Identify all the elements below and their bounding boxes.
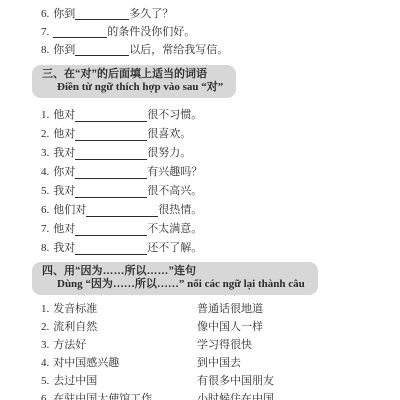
fill-in-blank: [75, 55, 129, 56]
item-text-after-blank: 有兴趣吗？: [147, 166, 202, 179]
fill-in-blank: [75, 19, 129, 20]
pair-right-phrase: 普通话很地道: [197, 303, 380, 316]
item-text-after-blank: 的条件没你们好。: [107, 26, 195, 39]
item-text-after-blank: 以后，常给我写信。: [129, 44, 228, 57]
section-3-exercise-list: 1. 他对 很不习惯。 2. 他对 很喜欢。 3. 我对 很努力。 4. 你对 …: [41, 106, 380, 258]
item-number: 1.: [41, 109, 49, 122]
item-text-before-blank: 他们对: [53, 204, 86, 217]
intro-exercise-list: 6. 你到 多久了？ 7. 的条件没你们好。 8. 你到 以后，常给我写信。: [41, 5, 380, 59]
exercise-item: 7. 他对 不太满意。: [41, 220, 380, 239]
item-number: 3.: [41, 339, 49, 352]
item-number: 3.: [41, 147, 49, 160]
section-4-title-chinese: 四、用“因为……所以……”连句: [42, 265, 305, 278]
exercise-item: 2. 他对 很喜欢。: [41, 125, 380, 144]
item-number: 4.: [41, 357, 49, 370]
pair-left-phrase: 1.发音标准: [41, 303, 197, 316]
exercise-item: 1. 他对 很不习惯。: [41, 106, 380, 125]
section-3-heading-box: 三、在“对”的后面填上适当的词语 Điền từ ngữ thích hợp v…: [32, 65, 236, 98]
exercise-item: 8. 我对 还不了解。: [41, 239, 380, 258]
item-number: 6.: [41, 8, 49, 21]
exercise-item: 4. 你对 有兴趣吗？: [41, 163, 380, 182]
item-number: 5.: [41, 375, 49, 388]
item-text-before-blank: 我对: [53, 242, 75, 255]
item-number: 8.: [41, 242, 49, 255]
item-number: 1.: [41, 303, 49, 316]
item-text-after-blank: 很喜欢。: [147, 128, 191, 141]
fill-in-blank: [75, 235, 147, 236]
exercise-item: 5. 我对 很不高兴。: [41, 182, 380, 201]
item-number: 4.: [41, 166, 49, 179]
pair-left-phrase: 5.去过中国: [41, 375, 197, 388]
item-number: 2.: [41, 128, 49, 141]
pair-left-text: 对中国感兴趣: [53, 357, 119, 370]
fill-in-blank: [75, 159, 147, 160]
pair-right-phrase: 到中国去: [197, 357, 380, 370]
item-number: 2.: [41, 321, 49, 334]
match-pair-row: 4.对中国感兴趣 到中国去: [41, 354, 380, 372]
exercise-item: 6. 你到 多久了？: [41, 5, 380, 23]
exercise-item: 6. 他们对 很热情。: [41, 201, 380, 220]
section-3-title-chinese: 三、在“对”的后面填上适当的词语: [42, 68, 223, 81]
pair-left-text: 在驻中国大使馆工作: [53, 393, 152, 400]
item-number: 6.: [41, 393, 49, 400]
pair-right-phrase: 学习得很快: [197, 339, 380, 352]
section-3-title-vietnamese: Điền từ ngữ thích hợp vào sau “对”: [42, 81, 223, 94]
pair-left-text: 方法好: [53, 339, 86, 352]
match-pair-row: 1.发音标准 普通话很地道: [41, 300, 380, 318]
item-text-before-blank: 我对: [53, 147, 75, 160]
fill-in-blank: [75, 254, 147, 255]
section-4-pair-list: 1.发音标准 普通话很地道 2.流利自然 像中国人一样 3.方法好 学习得很快 …: [41, 300, 380, 400]
exercise-item: 3. 我对 很努力。: [41, 144, 380, 163]
item-text-after-blank: 还不了解。: [147, 242, 202, 255]
pair-left-phrase: 2.流利自然: [41, 321, 197, 334]
pair-right-phrase: 像中国人一样: [197, 321, 380, 334]
item-text-before-blank: 你对: [53, 166, 75, 179]
section-4-title-vietnamese: Dùng “因为……所以……” nối các ngữ lại thành câ…: [42, 278, 305, 291]
fill-in-blank: [75, 178, 147, 179]
exercise-item: 7. 的条件没你们好。: [41, 23, 380, 41]
item-number: 8.: [41, 44, 49, 57]
item-text-after-blank: 很不习惯。: [147, 109, 202, 122]
exercise-item: 8. 你到 以后，常给我写信。: [41, 41, 380, 59]
item-number: 7.: [41, 26, 49, 39]
pair-left-text: 去过中国: [53, 375, 97, 388]
item-text-before-blank: 他对: [53, 128, 75, 141]
match-pair-row: 3.方法好 学习得很快: [41, 336, 380, 354]
item-number: 6.: [41, 204, 49, 217]
match-pair-row: 6.在驻中国大使馆工作 小时候住在中国: [41, 390, 380, 400]
item-text-after-blank: 很热情。: [158, 204, 202, 217]
pair-left-phrase: 3.方法好: [41, 339, 197, 352]
pair-left-phrase: 6.在驻中国大使馆工作: [41, 393, 197, 400]
item-text-before-blank: 他对: [53, 223, 75, 236]
textbook-page: 6. 你到 多久了？ 7. 的条件没你们好。 8. 你到 以后，常给我写信。 三…: [0, 0, 400, 400]
item-text-before-blank: 我对: [53, 185, 75, 198]
fill-in-blank: [53, 37, 107, 38]
fill-in-blank: [86, 216, 158, 217]
pair-left-phrase: 4.对中国感兴趣: [41, 357, 197, 370]
pair-right-phrase: 小时候住在中国: [197, 393, 380, 400]
item-text-after-blank: 很努力。: [147, 147, 191, 160]
match-pair-row: 2.流利自然 像中国人一样: [41, 318, 380, 336]
fill-in-blank: [75, 140, 147, 141]
item-text-after-blank: 多久了？: [129, 8, 173, 21]
match-pair-row: 5.去过中国 有很多中国朋友: [41, 372, 380, 390]
item-number: 5.: [41, 185, 49, 198]
item-text-after-blank: 很不高兴。: [147, 185, 202, 198]
fill-in-blank: [75, 197, 147, 198]
section-4-heading-box: 四、用“因为……所以……”连句 Dùng “因为……所以……” nối các …: [32, 262, 318, 295]
item-text-before-blank: 他对: [53, 109, 75, 122]
item-text-after-blank: 不太满意。: [147, 223, 202, 236]
item-text-before-blank: 你到: [53, 8, 75, 21]
fill-in-blank: [75, 121, 147, 122]
pair-left-text: 发音标准: [53, 303, 97, 316]
pair-left-text: 流利自然: [53, 321, 97, 334]
item-number: 7.: [41, 223, 49, 236]
pair-right-phrase: 有很多中国朋友: [197, 375, 380, 388]
item-text-before-blank: 你到: [53, 44, 75, 57]
